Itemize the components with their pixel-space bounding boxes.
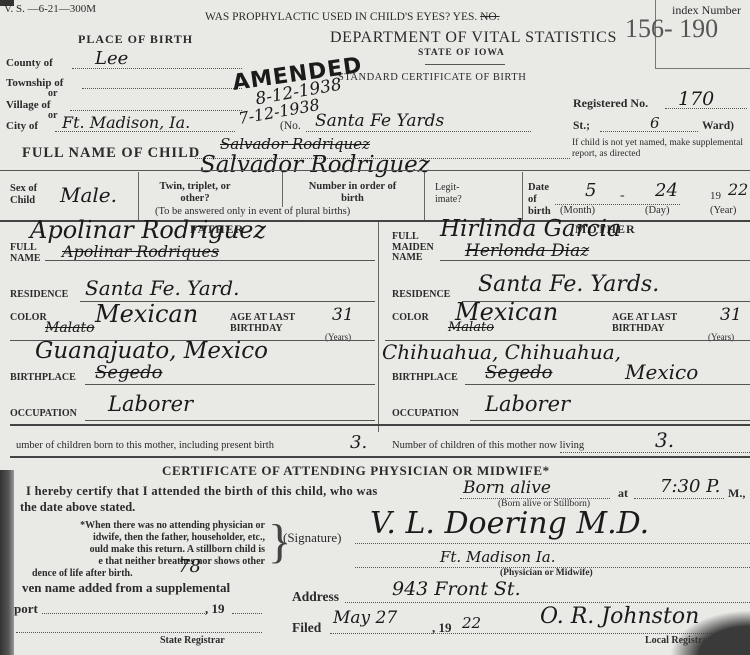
dob-year-prefix: 19 xyxy=(710,190,721,202)
mother-age-value: 31 xyxy=(720,305,742,325)
mother-name-value: Hirlinda Garcia xyxy=(440,216,621,242)
village-line xyxy=(70,110,242,111)
footnote-line: e that neither breathes nor shows other xyxy=(20,556,265,568)
father-residence-value: Santa Fe. Yard. xyxy=(85,276,239,300)
time-value: 7:30 P. xyxy=(660,476,720,497)
mother-occupation-label: OCCUPATION xyxy=(392,408,459,419)
divider xyxy=(425,64,505,65)
father-occupation-value: Laborer xyxy=(108,392,193,416)
county-label: County of xyxy=(6,57,53,69)
dob-month: 5 xyxy=(585,180,596,201)
order-label: Number in order of birth xyxy=(305,181,400,205)
divider xyxy=(424,172,425,222)
street-value: Santa Fe Yards xyxy=(315,111,444,131)
prophylactic-yes: YES. xyxy=(453,11,478,23)
child-name-note: If child is not yet named, make suppleme… xyxy=(572,138,750,160)
dob-year: 22 xyxy=(728,180,748,199)
father-color-value: Mexican xyxy=(95,300,198,328)
certificate-type: STANDARD CERTIFICATE OF BIRTH xyxy=(338,72,526,83)
or-text: or xyxy=(48,88,57,99)
mother-age-label: AGE AT LAST BIRTHDAY xyxy=(612,312,707,334)
father-age-label: AGE AT LAST BIRTHDAY xyxy=(230,312,320,334)
divider xyxy=(282,172,283,207)
filed-year: 22 xyxy=(462,614,481,632)
filed-label: Filed xyxy=(292,620,321,636)
dob-label: Date of birth xyxy=(528,182,558,218)
divider xyxy=(85,384,375,385)
m-label: M., xyxy=(728,486,745,501)
city-label: City of xyxy=(6,120,38,132)
prophylactic-question: WAS PROPHYLACTIC USED IN CHILD'S EYES? Y… xyxy=(205,11,500,23)
sex-value: Male. xyxy=(60,183,117,207)
or-text: or xyxy=(48,110,57,121)
registered-label: Registered No. xyxy=(573,96,648,111)
divider xyxy=(138,172,139,222)
supplemental-year-line xyxy=(232,613,262,614)
divider xyxy=(45,260,375,261)
place-of-birth-heading: PLACE OF BIRTH xyxy=(78,32,193,47)
signature-line xyxy=(355,543,750,544)
registered-value: 170 xyxy=(678,88,714,110)
father-color-label: COLOR xyxy=(10,312,47,323)
father-birthplace-struck: Segedo xyxy=(95,362,163,383)
divider xyxy=(440,260,750,261)
father-name-value: Apolinar Rodriguez xyxy=(30,216,266,244)
street-no-label: (No. xyxy=(280,120,301,132)
signature-place: Ft. Madison Ia. xyxy=(440,548,555,566)
state-title: STATE OF IOWA xyxy=(418,48,505,58)
divider xyxy=(0,170,750,171)
city-value: Ft. Madison, Ia. xyxy=(62,113,190,132)
mother-birthplace-struck: Segedo xyxy=(485,362,553,383)
st-label: St.; xyxy=(573,120,590,132)
mother-name-label: FULL MAIDEN NAME xyxy=(392,232,442,264)
day-label: (Day) xyxy=(645,205,670,216)
mother-name-struck: Herlonda Diaz xyxy=(465,241,589,261)
father-occupation-label: OCCUPATION xyxy=(10,408,77,419)
address-value: 943 Front St. xyxy=(392,578,521,600)
department-title: DEPARTMENT OF VITAL STATISTICS xyxy=(330,29,617,47)
mother-birthplace-label: BIRTHPLACE xyxy=(392,372,458,383)
date-text: the date above stated. xyxy=(20,500,135,515)
village-label: Village of xyxy=(6,99,51,111)
month-label: (Month) xyxy=(560,205,595,216)
mother-residence-label: RESIDENCE xyxy=(392,289,450,300)
ward-line xyxy=(600,131,698,132)
address-line xyxy=(345,602,750,603)
state-registrar-label: State Registrar xyxy=(160,635,225,646)
divider xyxy=(10,424,750,426)
father-color-struck: Malato xyxy=(45,320,95,336)
father-birthplace-value: Guanajuato, Mexico xyxy=(35,338,268,364)
child-name-label: FULL NAME OF CHILD xyxy=(22,145,200,162)
mother-color-struck: Malato xyxy=(448,320,494,335)
child-name-value: Salvador Rodriguez xyxy=(200,152,430,178)
supplemental-report-label: port xyxy=(14,601,38,617)
divider xyxy=(378,222,379,432)
ward-label: Ward) xyxy=(702,120,734,132)
father-name-struck: Apolinar Rodriques xyxy=(62,242,219,261)
physician-signature: V. L. Doering M.D. xyxy=(370,506,649,541)
supplemental-year-prefix: , 19 xyxy=(205,601,225,617)
twin-label: Twin, triplet, or other? xyxy=(150,181,240,205)
child-name-struck: Salvador Rodriquez xyxy=(220,135,370,153)
children-born-label: umber of children born to this mother, i… xyxy=(16,440,274,451)
mother-birthplace-country: Mexico xyxy=(625,360,698,384)
divider xyxy=(85,420,375,421)
divider xyxy=(470,420,750,421)
prophylactic-question-text: WAS PROPHYLACTIC USED IN CHILD'S EYES? xyxy=(205,11,450,23)
children-living-value: 3. xyxy=(655,428,674,452)
mother-birthplace-value: Chihuahua, Chihuahua, xyxy=(382,340,621,364)
born-status-value: Born alive xyxy=(463,478,551,498)
dob-day: 24 xyxy=(655,180,678,201)
footnote-mark: 78 xyxy=(178,556,201,577)
footnote-line: *When there was no attending physician o… xyxy=(20,520,265,532)
township-line xyxy=(82,88,242,89)
mother-occupation-value: Laborer xyxy=(485,392,570,416)
supplemental-line xyxy=(42,613,207,614)
divider xyxy=(465,384,750,385)
supplemental-text: ven name added from a supplemental xyxy=(22,580,230,596)
dob-dash: - xyxy=(620,188,625,204)
father-residence-label: RESIDENCE xyxy=(10,289,68,300)
father-name-label: FULL NAME xyxy=(10,242,40,264)
form-code: V. S. —6-21—300M xyxy=(4,3,96,15)
sex-label: Sex of Child xyxy=(10,183,50,207)
children-living-line xyxy=(560,452,750,453)
street-line xyxy=(306,131,531,132)
father-birthplace-label: BIRTHPLACE xyxy=(10,372,76,383)
footnote-line: idwife, then the father, householder, et… xyxy=(20,532,265,544)
father-age-value: 31 xyxy=(332,305,354,325)
physician-label: (Physician or Midwife) xyxy=(500,568,593,578)
paper-edge xyxy=(670,610,750,655)
certify-text: I hereby certify that I attended the bir… xyxy=(26,484,378,499)
legitimate-label: Legit-imate? xyxy=(435,182,475,206)
county-value: Lee xyxy=(95,48,128,69)
divider xyxy=(10,456,750,458)
signature-label: (Signature) xyxy=(283,530,341,546)
footnote-line: dence of life after birth. xyxy=(20,568,265,580)
prophylactic-no: NO. xyxy=(480,11,500,23)
children-living-label: Number of children of this mother now li… xyxy=(392,440,584,451)
address-label: Address xyxy=(292,589,339,605)
mother-residence-value: Santa Fe. Yards. xyxy=(478,272,659,297)
children-born-value: 3. xyxy=(350,432,367,453)
footnote: *When there was no attending physician o… xyxy=(20,520,265,580)
state-registrar-line xyxy=(16,632,262,633)
physician-heading: CERTIFICATE OF ATTENDING PHYSICIAN OR MI… xyxy=(162,463,550,479)
ward-value: 6 xyxy=(650,114,660,132)
time-line xyxy=(634,498,724,499)
filed-year-prefix: , 19 xyxy=(432,620,452,636)
divider xyxy=(522,172,523,222)
year-label: (Year) xyxy=(710,205,736,216)
index-number: 156- 190 xyxy=(625,14,718,44)
at-label: at xyxy=(618,486,628,501)
footnote-line: ould make this return. A stillborn child… xyxy=(20,544,265,556)
paper-edge xyxy=(0,470,14,655)
filed-date: May 27 xyxy=(333,608,397,628)
mother-color-label: COLOR xyxy=(392,312,429,323)
